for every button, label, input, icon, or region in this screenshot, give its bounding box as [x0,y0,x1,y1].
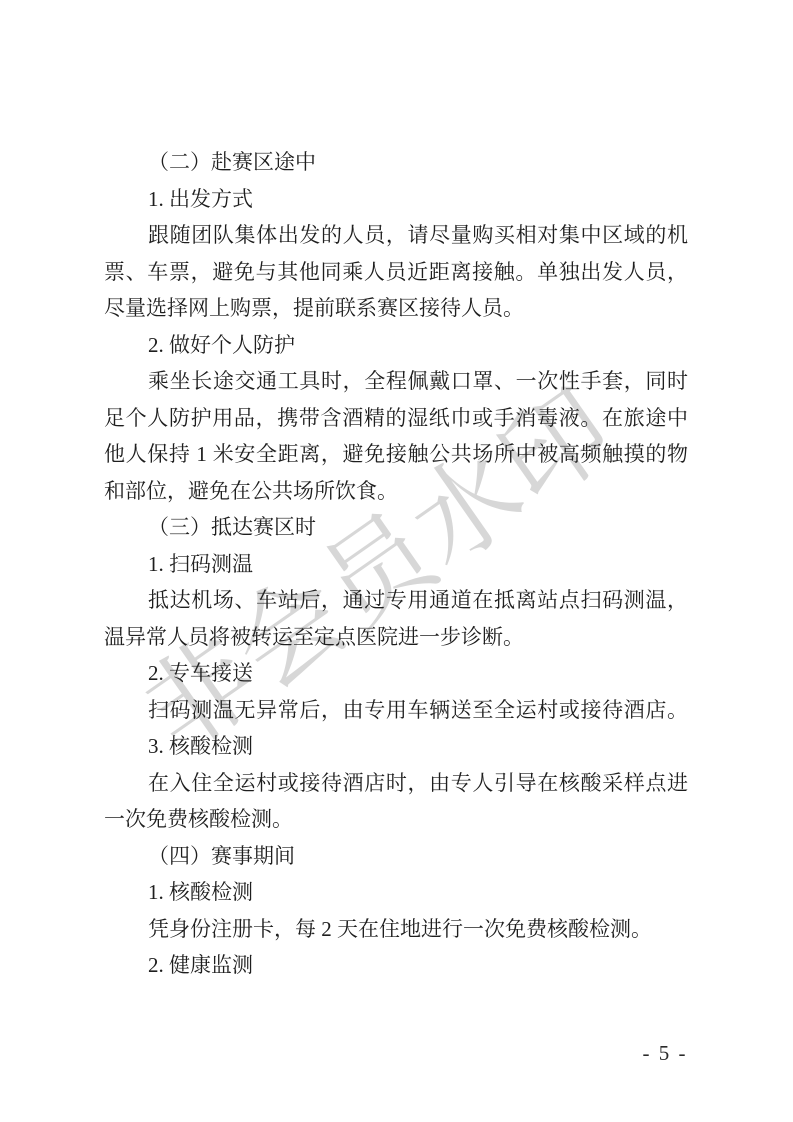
body-text-line: 尽量选择网上购票，提前联系赛区接待人员。 [104,290,688,327]
body-text-line: 乘坐长途交通工具时，全程佩戴口罩、一次性手套，同时备 [104,363,688,400]
item-heading: 1. 出发方式 [104,181,688,218]
body-text-line: 抵达机场、车站后，通过专用通道在抵离站点扫码测温，体 [104,582,688,619]
body-text-line: 他人保持 1 米安全距离，避免接触公共场所中被高频触摸的物体 [104,436,688,473]
item-heading: 2. 健康监测 [104,947,688,984]
body-text-line: 在入住全运村或接待酒店时，由专人引导在核酸采样点进行 [104,765,688,802]
section-heading: （四）赛事期间 [104,838,688,875]
body-text-line: 跟随团队集体出发的人员，请尽量购买相对集中区域的机 [104,217,688,254]
item-heading: 2. 专车接送 [104,655,688,692]
body-text-line: 温异常人员将被转运至定点医院进一步诊断。 [104,619,688,656]
body-text-line: 扫码测温无异常后，由专用车辆送至全运村或接待酒店。 [104,692,688,729]
document-page: 非会员水印 （二）赴赛区途中1. 出发方式跟随团队集体出发的人员，请尽量购买相对… [0,0,793,1122]
body-text-line: 一次免费核酸检测。 [104,801,688,838]
section-heading: （三）抵达赛区时 [104,509,688,546]
body-text-line: 凭身份注册卡，每 2 天在住地进行一次免费核酸检测。 [104,911,688,948]
item-heading: 1. 核酸检测 [104,874,688,911]
item-heading: 1. 扫码测温 [104,546,688,583]
page-number: - 5 - [615,1041,715,1066]
section-heading: （二）赴赛区途中 [104,144,688,181]
body-text-line: 足个人防护用品，携带含酒精的湿纸巾或手消毒液。在旅途中与 [104,400,688,437]
item-heading: 3. 核酸检测 [104,728,688,765]
body-text-line: 和部位，避免在公共场所饮食。 [104,473,688,510]
document-content: （二）赴赛区途中1. 出发方式跟随团队集体出发的人员，请尽量购买相对集中区域的机… [104,144,688,984]
body-text-line: 票、车票，避免与其他同乘人员近距离接触。单独出发人员，请 [104,254,688,291]
item-heading: 2. 做好个人防护 [104,327,688,364]
